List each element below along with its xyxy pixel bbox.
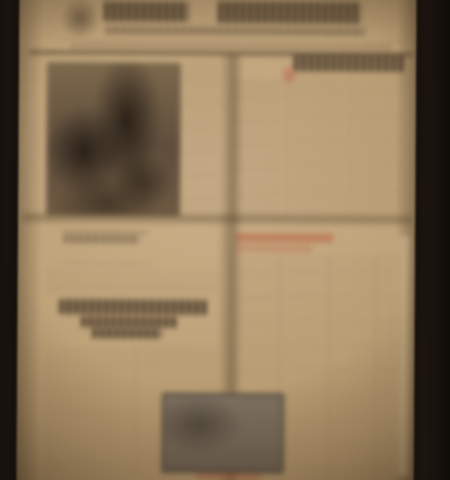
kicker-rule-top (62, 231, 148, 234)
main-headline-line-1 (60, 299, 208, 315)
text-column-top-c (350, 77, 406, 215)
column-divider-top-1 (285, 75, 287, 215)
red-headline-line-2 (237, 245, 313, 252)
right-margin-highlight (395, 236, 412, 476)
text-column-bottom-left-1 (44, 349, 133, 478)
kicker-rule-bottom (62, 263, 152, 265)
kicker-headline (64, 235, 140, 243)
red-caption-line (197, 474, 261, 479)
main-headline-line-3 (92, 328, 161, 338)
red-headline-line-1 (237, 233, 333, 243)
newspaper-page (17, 0, 417, 480)
text-column-top-b (288, 76, 345, 214)
column-divider-bottom-right-2 (328, 256, 330, 480)
masthead-emblem-crest (57, 0, 103, 41)
column-divider-top-2 (347, 76, 349, 216)
text-column-bottom-right-2 (281, 256, 326, 480)
text-column-center-top (184, 62, 219, 214)
column-divider-bottom-left (135, 347, 137, 477)
masthead-title-word-1 (104, 1, 188, 22)
masthead-dateline (71, 43, 391, 51)
masthead-subtitle (106, 26, 364, 36)
newspaper-content (17, 0, 417, 480)
text-block-left-intro (46, 271, 218, 294)
lead-halftone-photo (46, 62, 181, 216)
photo-background (0, 0, 450, 480)
banner-headline-right (294, 55, 404, 72)
masthead-title-word-2 (218, 1, 361, 24)
bottom-halftone-photo (162, 393, 284, 474)
text-column-bottom-right-3 (331, 257, 372, 480)
main-headline-line-2 (81, 316, 177, 328)
